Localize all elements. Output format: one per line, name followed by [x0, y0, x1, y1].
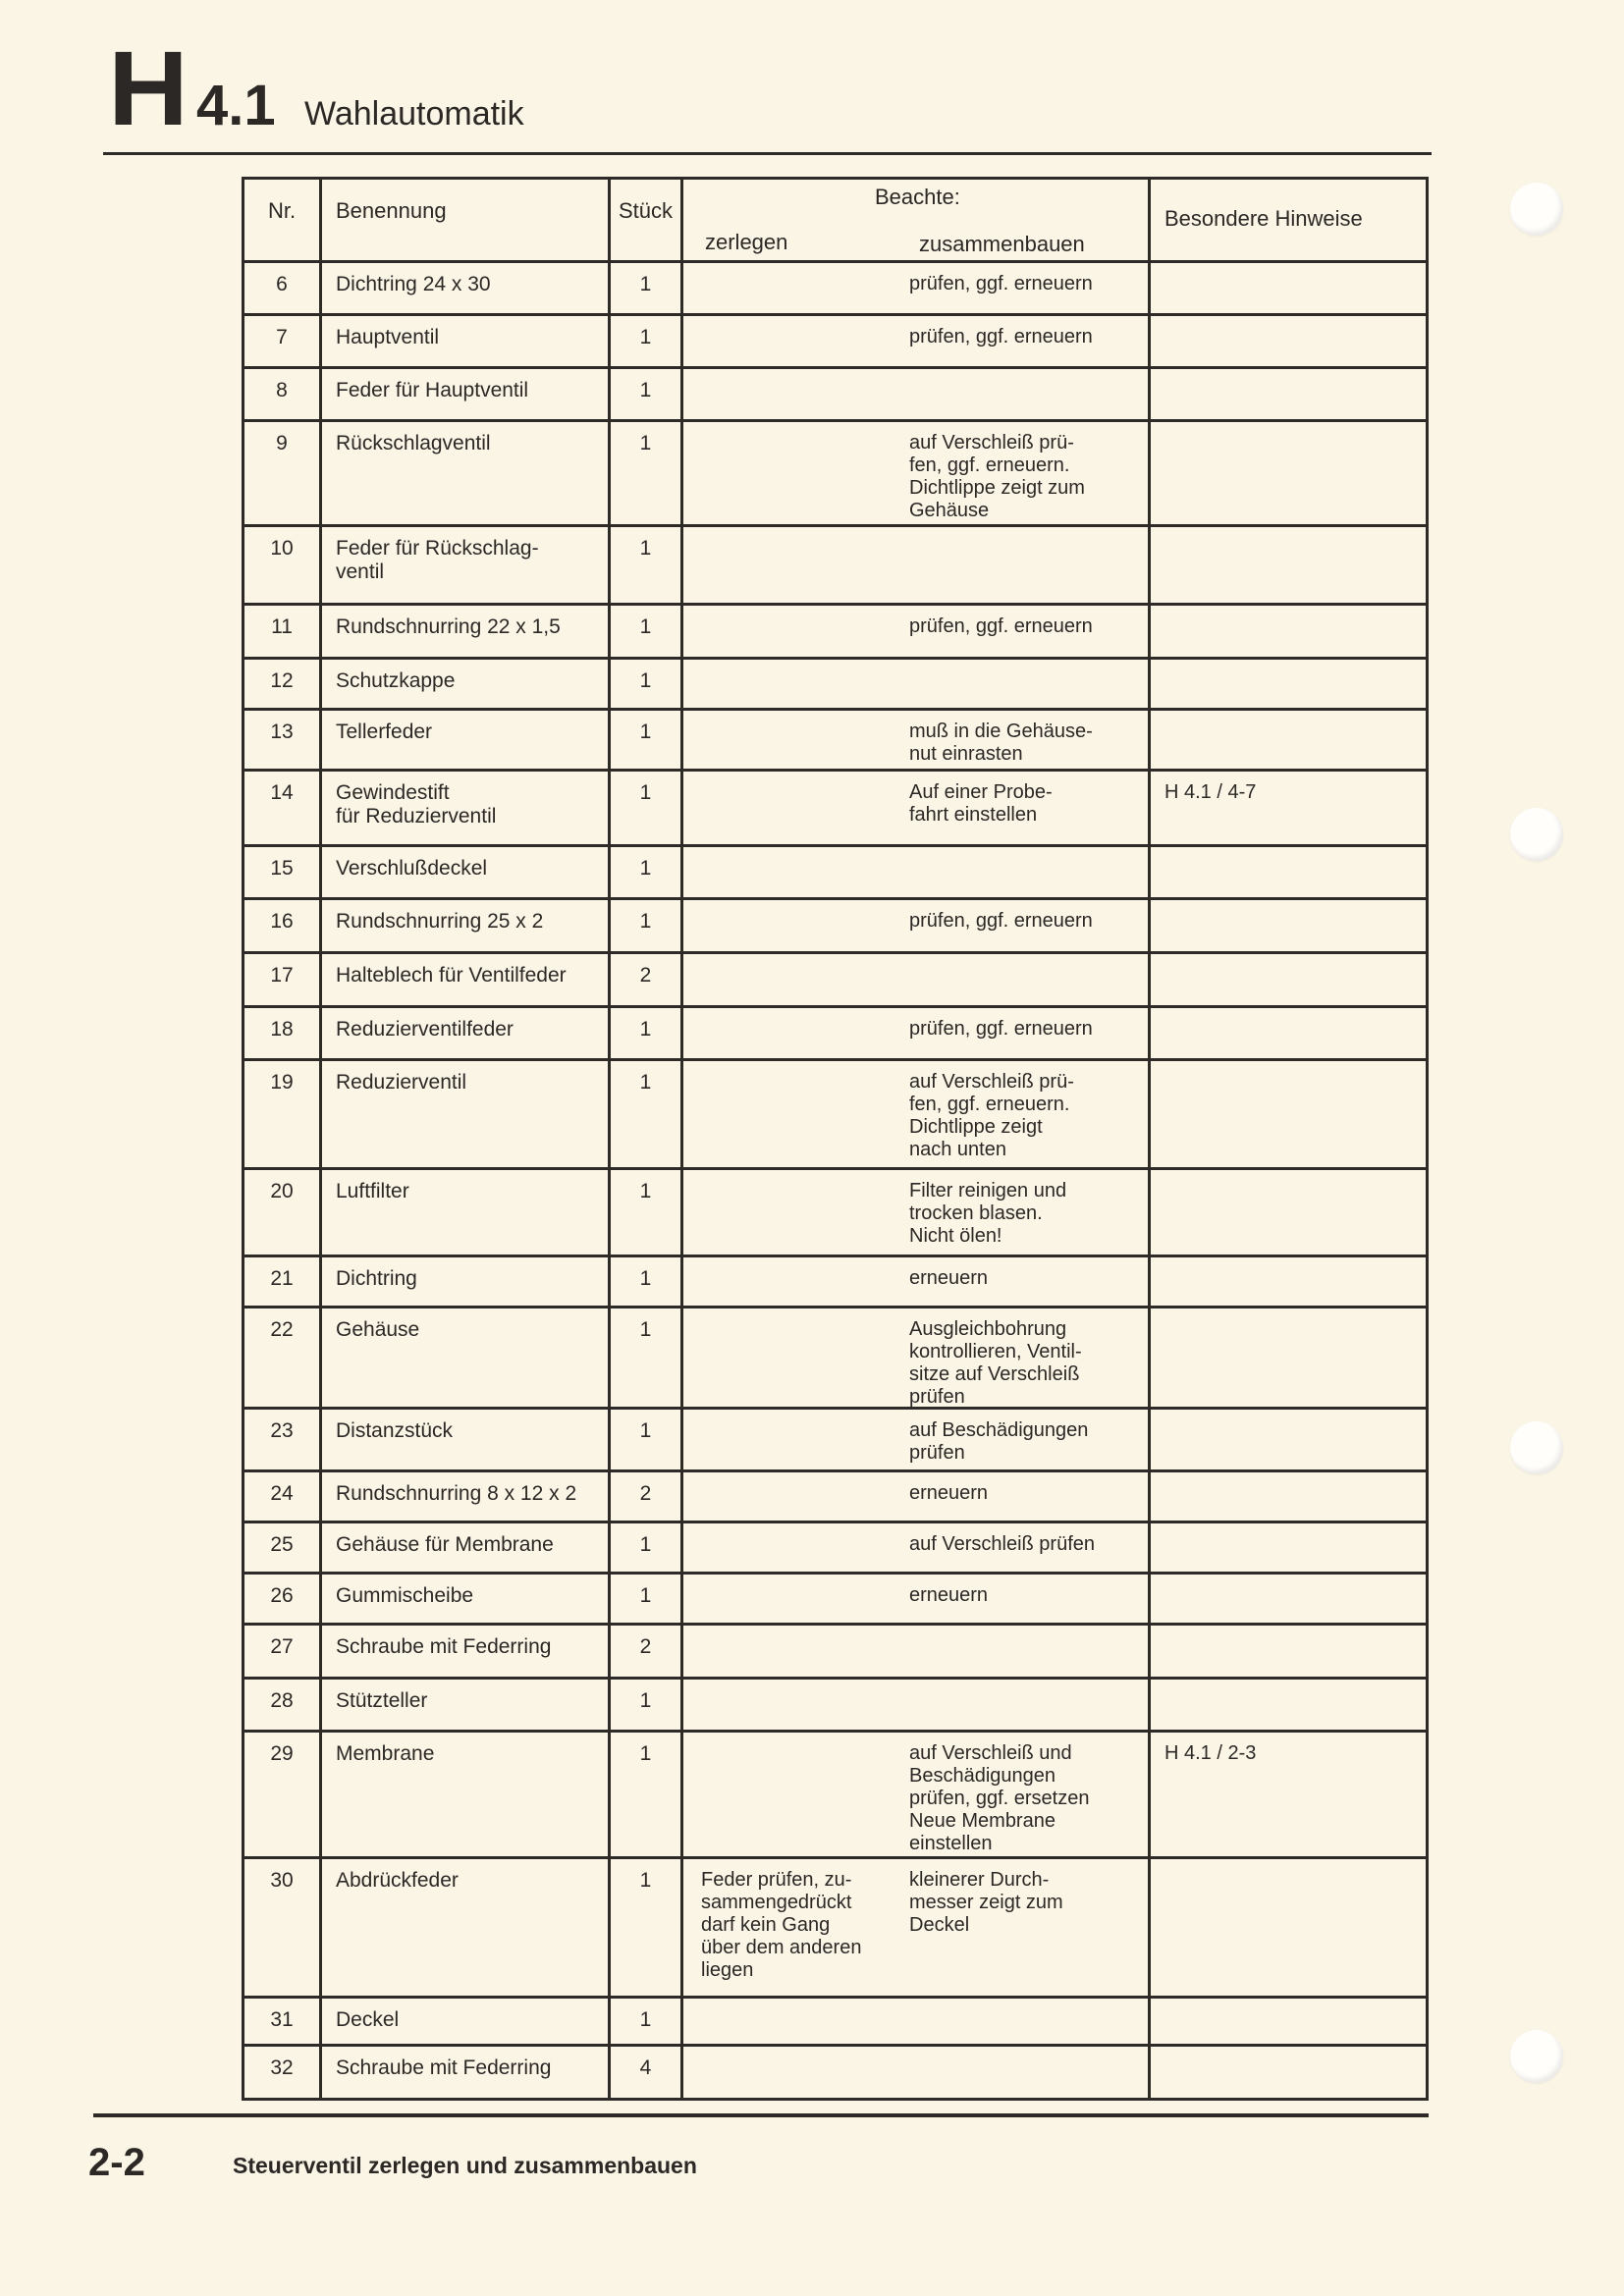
part-hint: [1148, 369, 1426, 419]
part-number: 11: [244, 606, 319, 657]
note-assemble: erneuern: [909, 1575, 1148, 1623]
note-disassemble: [683, 1680, 909, 1730]
note-disassemble: [683, 847, 909, 897]
note-assemble: [909, 847, 1148, 897]
part-name: Gewindestift für Reduzierventil: [319, 772, 608, 844]
note-disassemble: [683, 954, 909, 1005]
table-row: 15Verschlußdeckel1: [244, 844, 1426, 897]
note-assemble: auf Verschleiß prüfen: [909, 1523, 1148, 1572]
part-number: 31: [244, 1999, 319, 2044]
part-hint: [1148, 1999, 1426, 2044]
part-hint: [1148, 1257, 1426, 1306]
part-number: 15: [244, 847, 319, 897]
part-hint: [1148, 1859, 1426, 1996]
note-disassemble: [683, 1008, 909, 1058]
part-number: 29: [244, 1733, 319, 1856]
part-notes: [680, 1626, 1148, 1677]
table-row: 31Deckel1: [244, 1996, 1426, 2044]
part-hint: [1148, 711, 1426, 769]
part-name: Luftfilter: [319, 1170, 608, 1255]
part-notes: auf Verschleiß prüfen: [680, 1523, 1148, 1572]
parts-table: Nr. Benennung Stück Beachte: zerlegen zu…: [242, 177, 1429, 2101]
note-assemble: auf Beschädigungen prüfen: [909, 1410, 1148, 1469]
note-disassemble: [683, 1170, 909, 1255]
punch-hole: [1510, 183, 1563, 236]
part-number: 14: [244, 772, 319, 844]
part-quantity: 1: [608, 527, 680, 603]
part-notes: [680, 369, 1148, 419]
note-disassemble: [683, 1626, 909, 1677]
part-hint: [1148, 1061, 1426, 1167]
note-assemble: erneuern: [909, 1472, 1148, 1521]
note-disassemble: [683, 606, 909, 657]
table-row: 10Feder für Rückschlag- ventil1: [244, 524, 1426, 603]
part-notes: prüfen, ggf. erneuern: [680, 606, 1148, 657]
table-row: 6Dichtring 24 x 301prüfen, ggf. erneuern: [244, 260, 1426, 313]
part-quantity: 1: [608, 1410, 680, 1469]
note-assemble: prüfen, ggf. erneuern: [909, 1008, 1148, 1058]
footer-title: Steuerventil zerlegen und zusammenbauen: [233, 2152, 697, 2179]
note-disassemble: [683, 1999, 909, 2044]
note-disassemble: [683, 1472, 909, 1521]
col-header-hints: Besondere Hinweise: [1148, 180, 1426, 260]
part-number: 8: [244, 369, 319, 419]
part-notes: Ausgleichbohrung kontrollieren, Ventil- …: [680, 1308, 1148, 1407]
part-number: 22: [244, 1308, 319, 1407]
col-header-name: Benennung: [319, 180, 608, 260]
part-name: Halteblech für Ventilfeder: [319, 954, 608, 1005]
part-name: Verschlußdeckel: [319, 847, 608, 897]
part-name: Distanzstück: [319, 1410, 608, 1469]
part-hint: [1148, 527, 1426, 603]
note-disassemble: Feder prüfen, zu- sammengedrückt darf ke…: [683, 1859, 909, 1996]
note-disassemble: [683, 422, 909, 524]
part-number: 9: [244, 422, 319, 524]
part-number: 25: [244, 1523, 319, 1572]
note-disassemble: [683, 1575, 909, 1623]
part-quantity: 1: [608, 1257, 680, 1306]
part-quantity: 1: [608, 1523, 680, 1572]
part-notes: auf Verschleiß und Beschädigungen prüfen…: [680, 1733, 1148, 1856]
note-disassemble: [683, 1733, 909, 1856]
part-notes: [680, 847, 1148, 897]
part-number: 17: [244, 954, 319, 1005]
part-hint: [1148, 1308, 1426, 1407]
table-row: 22Gehäuse1Ausgleichbohrung kontrollieren…: [244, 1306, 1426, 1407]
table-row: 16Rundschnurring 25 x 21prüfen, ggf. ern…: [244, 897, 1426, 951]
part-quantity: 1: [608, 1008, 680, 1058]
note-disassemble: [683, 1410, 909, 1469]
note-disassemble: [683, 2047, 909, 2098]
note-disassemble: [683, 660, 909, 708]
page-title: Wahlautomatik: [304, 94, 524, 133]
note-disassemble: [683, 711, 909, 769]
part-quantity: 4: [608, 2047, 680, 2098]
col-header-qty: Stück: [608, 180, 680, 260]
part-name: Schraube mit Federring: [319, 1626, 608, 1677]
part-quantity: 2: [608, 1472, 680, 1521]
part-notes: Filter reinigen und trocken blasen. Nich…: [680, 1170, 1148, 1255]
part-quantity: 1: [608, 316, 680, 366]
part-quantity: 1: [608, 847, 680, 897]
part-notes: auf Beschädigungen prüfen: [680, 1410, 1148, 1469]
table-row: 27Schraube mit Federring2: [244, 1623, 1426, 1677]
part-hint: [1148, 1170, 1426, 1255]
note-assemble: kleinerer Durch- messer zeigt zum Deckel: [909, 1859, 1148, 1996]
table-row: 24Rundschnurring 8 x 12 x 22erneuern: [244, 1469, 1426, 1521]
col-header-beachte: Beachte: zerlegen zusammenbauen: [680, 180, 1148, 260]
part-notes: muß in die Gehäuse- nut einrasten: [680, 711, 1148, 769]
part-quantity: 1: [608, 1733, 680, 1856]
part-number: 21: [244, 1257, 319, 1306]
note-assemble: auf Verschleiß prü- fen, ggf. erneuern. …: [909, 422, 1148, 524]
table-row: 26Gummischeibe1erneuern: [244, 1572, 1426, 1623]
note-disassemble: [683, 527, 909, 603]
note-assemble: Auf einer Probe- fahrt einstellen: [909, 772, 1148, 844]
part-hint: [1148, 316, 1426, 366]
part-name: Dichtring 24 x 30: [319, 263, 608, 313]
part-notes: [680, 954, 1148, 1005]
part-name: Membrane: [319, 1733, 608, 1856]
part-number: 23: [244, 1410, 319, 1469]
part-name: Gummischeibe: [319, 1575, 608, 1623]
part-notes: auf Verschleiß prü- fen, ggf. erneuern. …: [680, 422, 1148, 524]
part-notes: auf Verschleiß prü- fen, ggf. erneuern. …: [680, 1061, 1148, 1167]
part-notes: erneuern: [680, 1472, 1148, 1521]
part-number: 26: [244, 1575, 319, 1623]
part-notes: [680, 1999, 1148, 2044]
part-quantity: 1: [608, 369, 680, 419]
part-hint: [1148, 1626, 1426, 1677]
part-notes: prüfen, ggf. erneuern: [680, 1008, 1148, 1058]
part-notes: erneuern: [680, 1575, 1148, 1623]
col-header-nr: Nr.: [244, 180, 319, 260]
footer-divider: [93, 2113, 1429, 2117]
part-hint: [1148, 1575, 1426, 1623]
part-hint: [1148, 847, 1426, 897]
table-row: 18Reduzierventilfeder1prüfen, ggf. erneu…: [244, 1005, 1426, 1058]
part-quantity: 1: [608, 1170, 680, 1255]
part-name: Reduzierventil: [319, 1061, 608, 1167]
beachte-label: Beachte:: [875, 186, 960, 209]
part-number: 12: [244, 660, 319, 708]
note-disassemble: [683, 772, 909, 844]
part-name: Dichtring: [319, 1257, 608, 1306]
part-quantity: 1: [608, 263, 680, 313]
part-number: 7: [244, 316, 319, 366]
part-hint: [1148, 900, 1426, 951]
part-name: Deckel: [319, 1999, 608, 2044]
part-number: 32: [244, 2047, 319, 2098]
part-notes: prüfen, ggf. erneuern: [680, 316, 1148, 366]
part-notes: Feder prüfen, zu- sammengedrückt darf ke…: [680, 1859, 1148, 1996]
table-header: Nr. Benennung Stück Beachte: zerlegen zu…: [244, 180, 1426, 260]
part-notes: [680, 527, 1148, 603]
note-assemble: prüfen, ggf. erneuern: [909, 606, 1148, 657]
note-disassemble: [683, 263, 909, 313]
note-disassemble: [683, 316, 909, 366]
part-quantity: 1: [608, 660, 680, 708]
note-disassemble: [683, 369, 909, 419]
note-assemble: Ausgleichbohrung kontrollieren, Ventil- …: [909, 1308, 1148, 1407]
part-notes: Auf einer Probe- fahrt einstellen: [680, 772, 1148, 844]
part-hint: H 4.1 / 2-3: [1148, 1733, 1426, 1856]
part-name: Schutzkappe: [319, 660, 608, 708]
part-number: 10: [244, 527, 319, 603]
part-number: 28: [244, 1680, 319, 1730]
table-row: 17Halteblech für Ventilfeder2: [244, 951, 1426, 1005]
note-assemble: Filter reinigen und trocken blasen. Nich…: [909, 1170, 1148, 1255]
table-row: 19Reduzierventil1auf Verschleiß prü- fen…: [244, 1058, 1426, 1167]
part-hint: [1148, 660, 1426, 708]
table-body: 6Dichtring 24 x 301prüfen, ggf. erneuern…: [244, 260, 1426, 2098]
note-assemble: [909, 1626, 1148, 1677]
part-number: 16: [244, 900, 319, 951]
note-assemble: [909, 660, 1148, 708]
part-hint: [1148, 2047, 1426, 2098]
part-name: Gehäuse für Membrane: [319, 1523, 608, 1572]
part-name: Schraube mit Federring: [319, 2047, 608, 2098]
table-row: 29Membrane1auf Verschleiß und Beschädigu…: [244, 1730, 1426, 1856]
part-hint: [1148, 1410, 1426, 1469]
part-name: Tellerfeder: [319, 711, 608, 769]
note-assemble: [909, 954, 1148, 1005]
part-name: Gehäuse: [319, 1308, 608, 1407]
part-name: Feder für Hauptventil: [319, 369, 608, 419]
part-hint: [1148, 1472, 1426, 1521]
part-notes: prüfen, ggf. erneuern: [680, 263, 1148, 313]
note-assemble: [909, 527, 1148, 603]
table-row: 9Rückschlagventil1auf Verschleiß prü- fe…: [244, 419, 1426, 524]
note-assemble: muß in die Gehäuse- nut einrasten: [909, 711, 1148, 769]
part-name: Reduzierventilfeder: [319, 1008, 608, 1058]
part-hint: H 4.1 / 4-7: [1148, 772, 1426, 844]
part-hint: [1148, 954, 1426, 1005]
table-row: 7Hauptventil1prüfen, ggf. erneuern: [244, 313, 1426, 366]
note-assemble: erneuern: [909, 1257, 1148, 1306]
note-disassemble: [683, 1523, 909, 1572]
part-quantity: 1: [608, 711, 680, 769]
note-assemble: [909, 2047, 1148, 2098]
part-number: 20: [244, 1170, 319, 1255]
part-quantity: 1: [608, 422, 680, 524]
part-quantity: 2: [608, 1626, 680, 1677]
table-row: 8Feder für Hauptventil1: [244, 366, 1426, 419]
part-quantity: 1: [608, 1575, 680, 1623]
part-name: Feder für Rückschlag- ventil: [319, 527, 608, 603]
part-name: Stützteller: [319, 1680, 608, 1730]
part-quantity: 1: [608, 772, 680, 844]
table-row: 25Gehäuse für Membrane1auf Verschleiß pr…: [244, 1521, 1426, 1572]
part-hint: [1148, 1680, 1426, 1730]
part-hint: [1148, 422, 1426, 524]
table-row: 13Tellerfeder1muß in die Gehäuse- nut ei…: [244, 708, 1426, 769]
part-number: 27: [244, 1626, 319, 1677]
part-quantity: 1: [608, 1061, 680, 1167]
note-assemble: prüfen, ggf. erneuern: [909, 900, 1148, 951]
note-assemble: auf Verschleiß prü- fen, ggf. erneuern. …: [909, 1061, 1148, 1167]
header-divider: [103, 152, 1432, 155]
part-notes: [680, 660, 1148, 708]
section-number: 4.1: [196, 77, 276, 135]
table-row: 28Stützteller1: [244, 1677, 1426, 1730]
part-notes: erneuern: [680, 1257, 1148, 1306]
part-quantity: 1: [608, 1308, 680, 1407]
part-hint: [1148, 263, 1426, 313]
page-number: 2-2: [88, 2140, 145, 2185]
note-assemble: prüfen, ggf. erneuern: [909, 316, 1148, 366]
note-disassemble: [683, 1061, 909, 1167]
punch-hole: [1510, 808, 1563, 861]
punch-hole: [1510, 1421, 1563, 1474]
part-quantity: 1: [608, 1859, 680, 1996]
note-assemble: [909, 369, 1148, 419]
table-row: 12Schutzkappe1: [244, 657, 1426, 708]
section-letter: H: [108, 39, 187, 137]
note-assemble: [909, 1680, 1148, 1730]
part-quantity: 2: [608, 954, 680, 1005]
note-assemble: auf Verschleiß und Beschädigungen prüfen…: [909, 1733, 1148, 1856]
part-hint: [1148, 1523, 1426, 1572]
part-name: Abdrückfeder: [319, 1859, 608, 1996]
part-notes: [680, 2047, 1148, 2098]
part-hint: [1148, 606, 1426, 657]
part-notes: [680, 1680, 1148, 1730]
part-name: Rückschlagventil: [319, 422, 608, 524]
part-hint: [1148, 1008, 1426, 1058]
table-row: 30Abdrückfeder1Feder prüfen, zu- sammeng…: [244, 1856, 1426, 1996]
part-quantity: 1: [608, 900, 680, 951]
part-number: 18: [244, 1008, 319, 1058]
part-number: 6: [244, 263, 319, 313]
table-row: 14Gewindestift für Reduzierventil1Auf ei…: [244, 769, 1426, 844]
part-name: Rundschnurring 25 x 2: [319, 900, 608, 951]
note-disassemble: [683, 1257, 909, 1306]
note-disassemble: [683, 900, 909, 951]
note-assemble: prüfen, ggf. erneuern: [909, 263, 1148, 313]
table-row: 20Luftfilter1Filter reinigen und trocken…: [244, 1167, 1426, 1255]
note-assemble: [909, 1999, 1148, 2044]
part-name: Rundschnurring 8 x 12 x 2: [319, 1472, 608, 1521]
punch-hole: [1510, 2030, 1563, 2083]
part-number: 30: [244, 1859, 319, 1996]
part-quantity: 1: [608, 1999, 680, 2044]
part-notes: prüfen, ggf. erneuern: [680, 900, 1148, 951]
part-number: 19: [244, 1061, 319, 1167]
table-row: 32Schraube mit Federring4: [244, 2044, 1426, 2098]
part-number: 13: [244, 711, 319, 769]
part-number: 24: [244, 1472, 319, 1521]
part-name: Rundschnurring 22 x 1,5: [319, 606, 608, 657]
table-row: 23Distanzstück1auf Beschädigungen prüfen: [244, 1407, 1426, 1469]
table-row: 21Dichtring1erneuern: [244, 1255, 1426, 1306]
note-disassemble: [683, 1308, 909, 1407]
part-name: Hauptventil: [319, 316, 608, 366]
part-quantity: 1: [608, 1680, 680, 1730]
table-row: 11Rundschnurring 22 x 1,51prüfen, ggf. e…: [244, 603, 1426, 657]
part-quantity: 1: [608, 606, 680, 657]
